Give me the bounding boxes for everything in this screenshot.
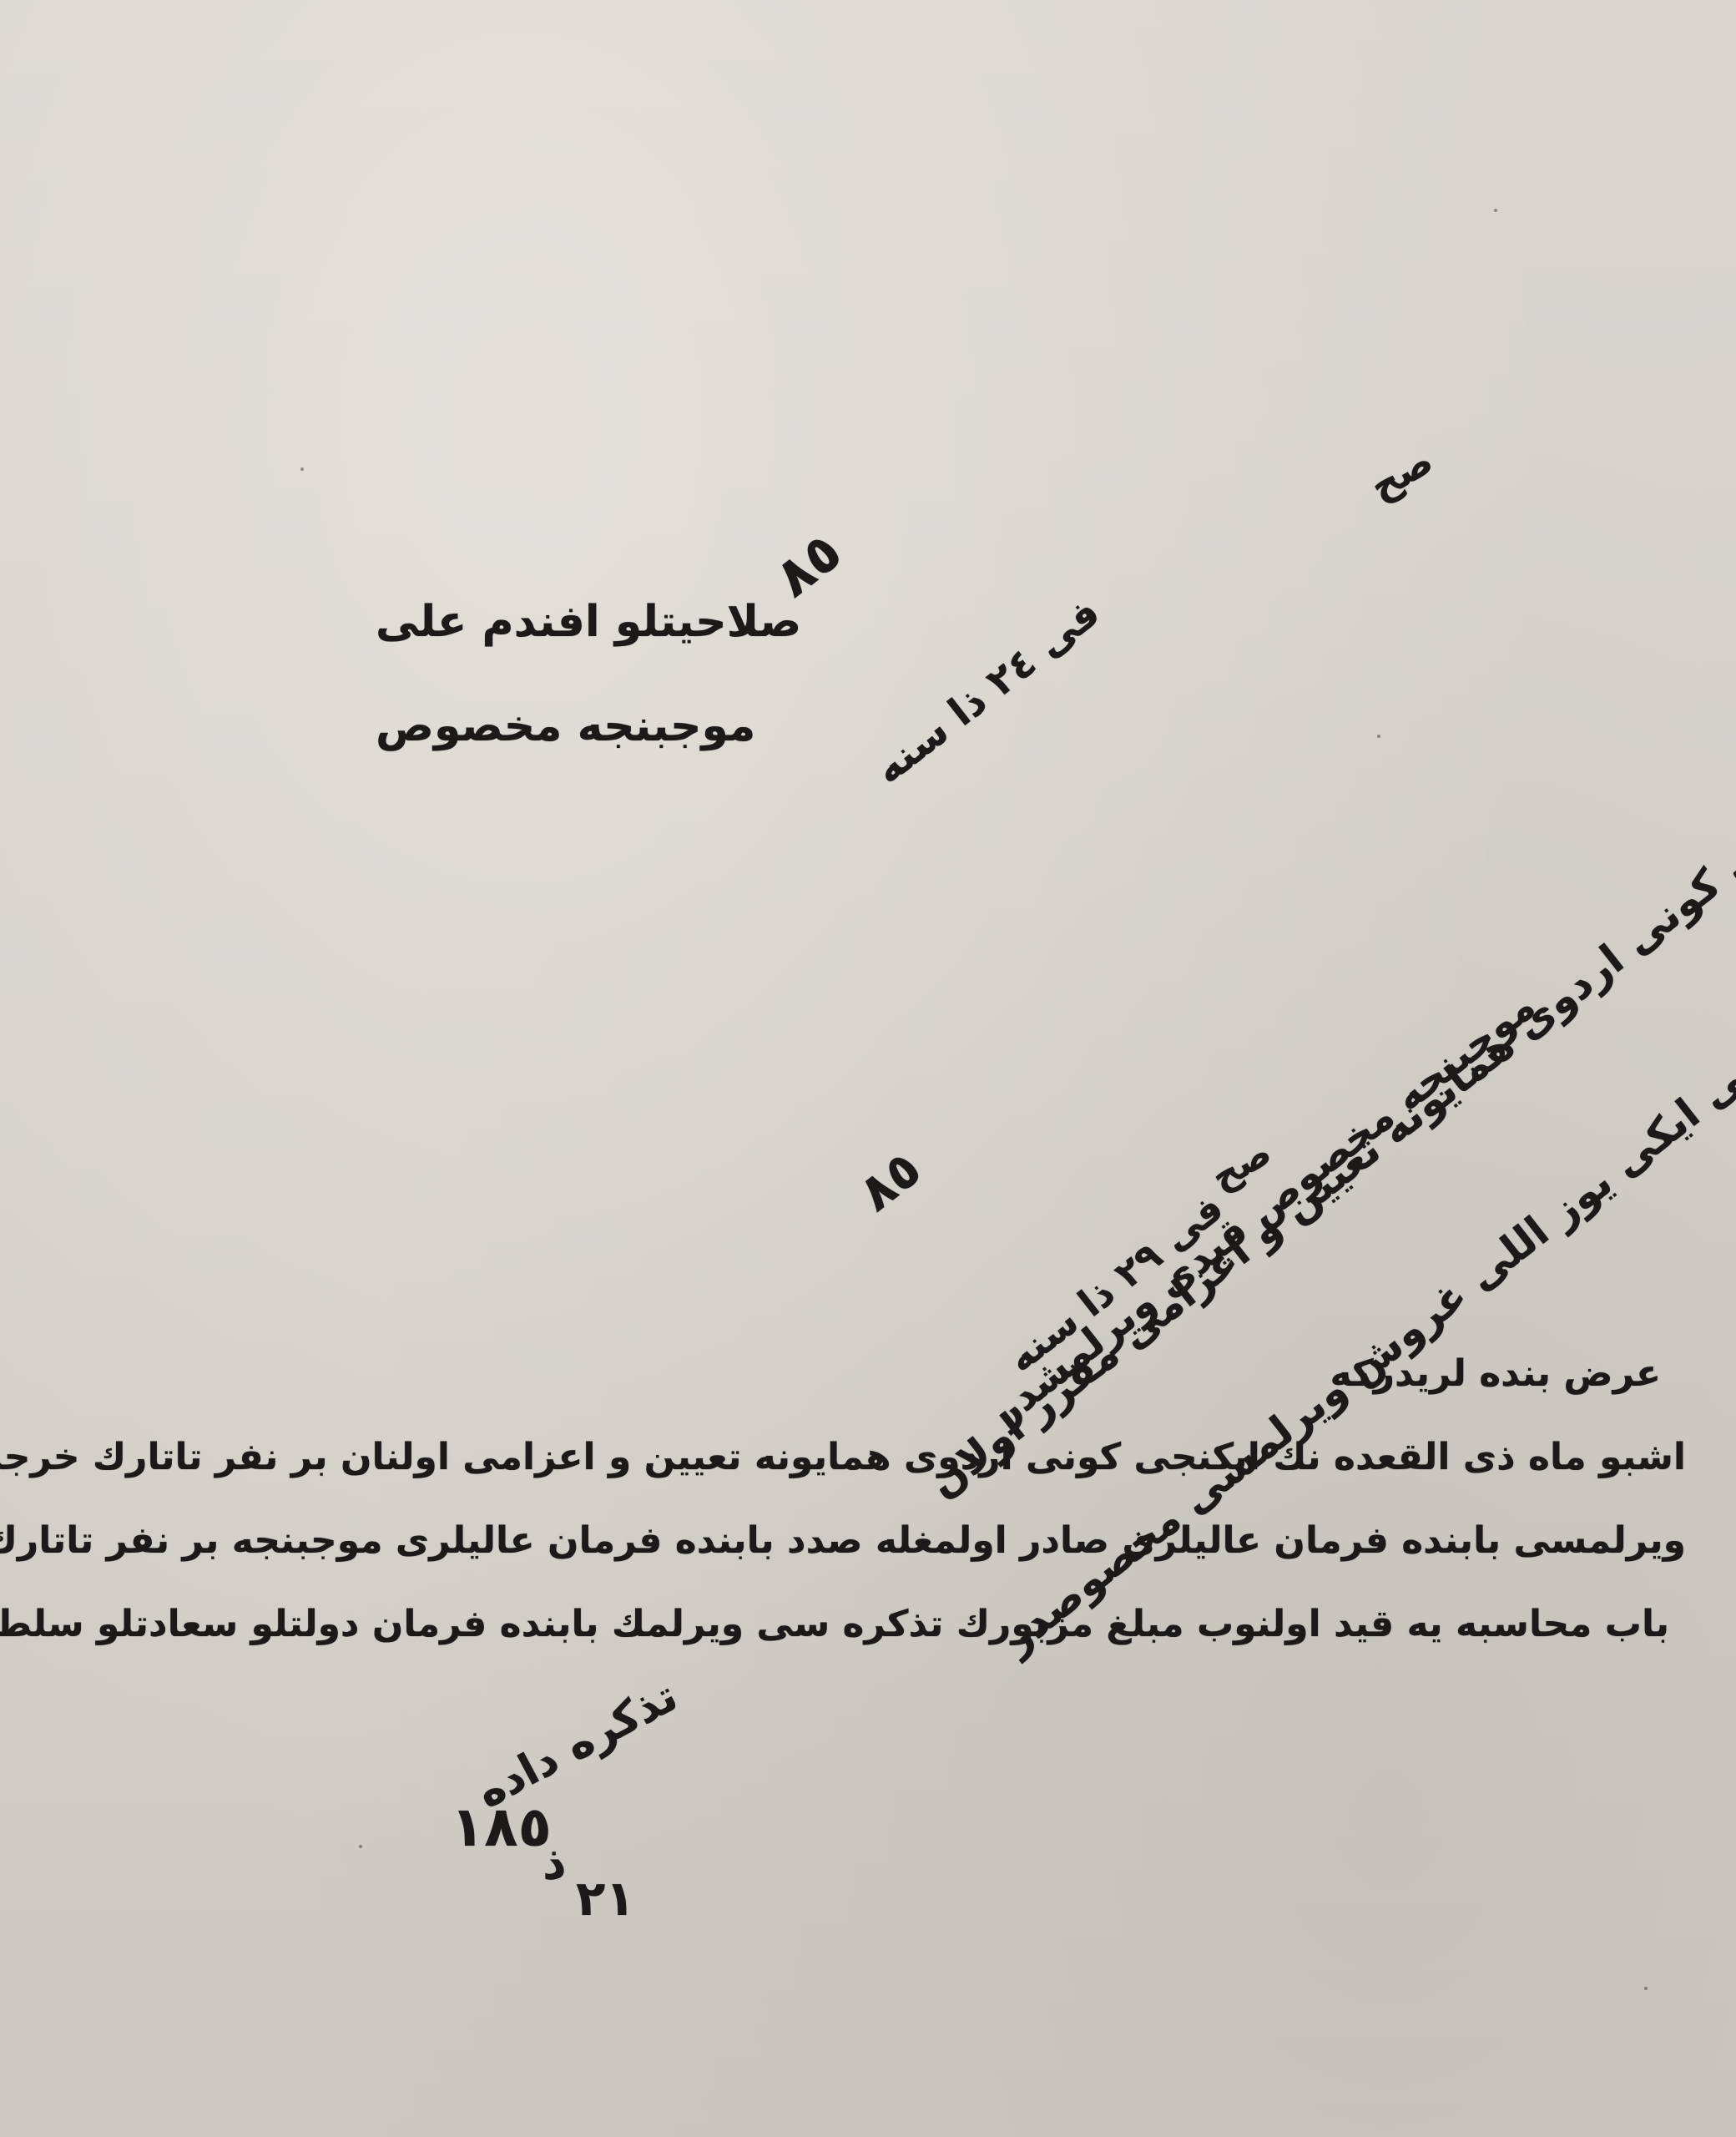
- body-line: اشبو ماه ذی القعده نك ایكنجی كونی اردوی …: [0, 1436, 1686, 1478]
- ink-speck: [300, 467, 304, 471]
- bottom-signature-year: ١٨٥: [451, 1795, 552, 1859]
- bottom-signature-day-marker: ذ: [542, 1836, 567, 1891]
- manuscript-page: صح اشبو ماه ذی القعده نك ایكنجی كونی ارد…: [0, 0, 1736, 2137]
- ink-speck: [1377, 735, 1380, 738]
- body-line: ویرلمسی بابنده فرمان عالیلری صادر اولمغل…: [0, 1519, 1686, 1562]
- bottom-signature-day: ٢١: [576, 1870, 635, 1927]
- left-signature-line: موجبنجه مخصوص: [376, 701, 755, 751]
- ink-speck: [1494, 209, 1497, 212]
- top-note-date: فی ٢٤ ذا سنه: [865, 589, 1108, 794]
- middle-note-year: ٨٥: [848, 1139, 932, 1223]
- ink-speck: [359, 1845, 362, 1848]
- top-note-sah-mark: صح: [1362, 437, 1441, 509]
- ink-speck: [1644, 1987, 1648, 1990]
- body-line: عرض بنده لریدرکه: [1330, 1352, 1661, 1395]
- body-line: باب محاسبه یه قید اولنوب مبلغ مزبورك تذك…: [0, 1603, 1669, 1645]
- left-signature-line: صلاحیتلو افندم علی: [376, 597, 801, 647]
